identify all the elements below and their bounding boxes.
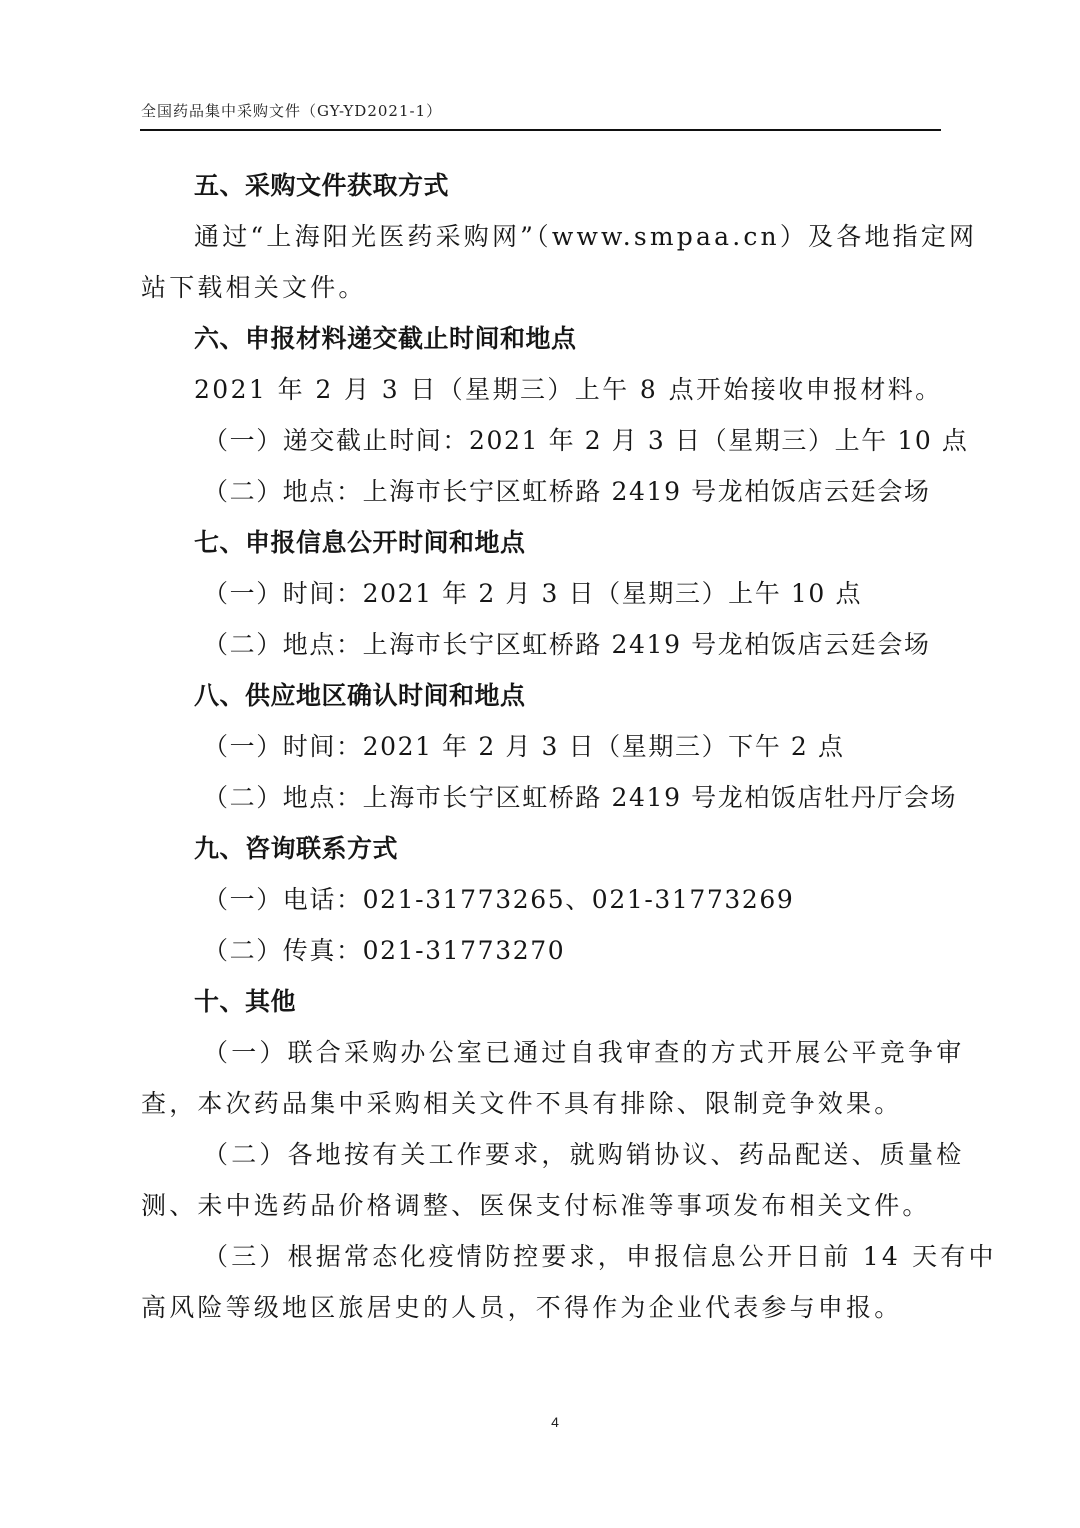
list-item: （一）电话：021-31773265、021-31773269 [141, 874, 941, 925]
section-heading-10: 十、其他 [141, 976, 941, 1027]
paragraph-line: 2021 年 2 月 3 日（星期三）上午 8 点开始接收申报材料。 [141, 364, 941, 415]
paragraph-line: （三）根据常态化疫情防控要求，申报信息公开日前 14 天有中 [141, 1231, 941, 1282]
paragraph-line: 查，本次药品集中采购相关文件不具有排除、限制竞争效果。 [141, 1078, 941, 1129]
list-item: （二）地点：上海市长宁区虹桥路 2419 号龙柏饭店云廷会场 [141, 466, 941, 517]
list-item: （二）地点：上海市长宁区虹桥路 2419 号龙柏饭店云廷会场 [141, 619, 941, 670]
document-header-title: 全国药品集中采购文件（GY-YD2021-1） [141, 100, 442, 121]
section-heading-8: 八、供应地区确认时间和地点 [141, 670, 941, 721]
list-item: （一）递交截止时间：2021 年 2 月 3 日（星期三）上午 10 点 [141, 415, 941, 466]
list-item: （二）地点：上海市长宁区虹桥路 2419 号龙柏饭店牡丹厅会场 [141, 772, 941, 823]
paragraph-line: （一）联合采购办公室已通过自我审查的方式开展公平竞争审 [141, 1027, 941, 1078]
paragraph-line: （二）各地按有关工作要求，就购销协议、药品配送、质量检 [141, 1129, 941, 1180]
document-body: 五、采购文件获取方式 通过“上海阳光医药采购网”（www.smpaa.cn）及各… [141, 160, 941, 1333]
section-heading-9: 九、咨询联系方式 [141, 823, 941, 874]
header-divider [140, 129, 941, 131]
section-heading-6: 六、申报材料递交截止时间和地点 [141, 313, 941, 364]
paragraph-line: 站下载相关文件。 [141, 262, 941, 313]
section-heading-5: 五、采购文件获取方式 [141, 160, 941, 211]
paragraph-line: 高风险等级地区旅居史的人员，不得作为企业代表参与申报。 [141, 1282, 941, 1333]
list-item: （一）时间：2021 年 2 月 3 日（星期三）上午 10 点 [141, 568, 941, 619]
page-number: 4 [0, 1414, 1080, 1430]
list-item: （一）时间：2021 年 2 月 3 日（星期三）下午 2 点 [141, 721, 941, 772]
list-item: （二）传真：021-31773270 [141, 925, 941, 976]
paragraph-line: 测、未中选药品价格调整、医保支付标准等事项发布相关文件。 [141, 1180, 941, 1231]
paragraph-line: 通过“上海阳光医药采购网”（www.smpaa.cn）及各地指定网 [141, 211, 941, 262]
section-heading-7: 七、申报信息公开时间和地点 [141, 517, 941, 568]
